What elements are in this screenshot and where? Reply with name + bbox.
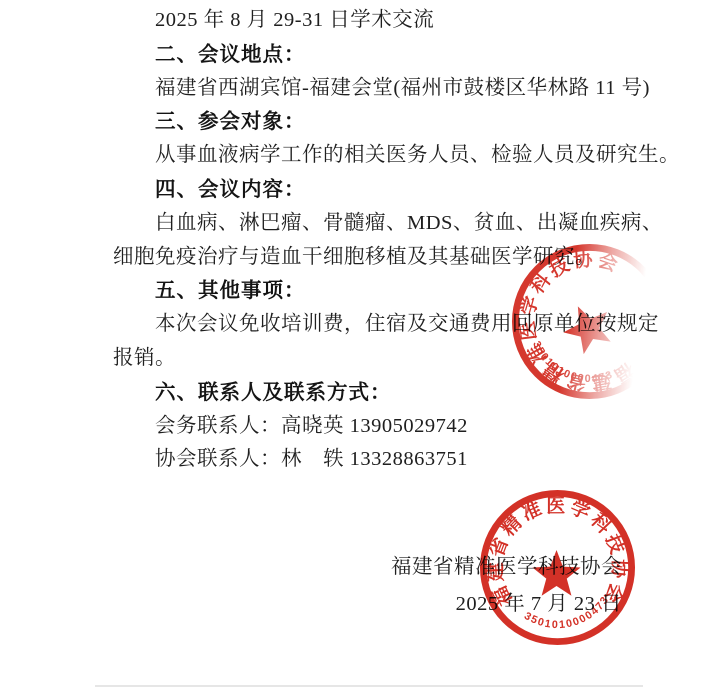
section-heading-contacts: 六、联系人及联系方式： [113,376,693,410]
page-bottom-line [95,685,643,687]
signature-block: 福建省精准医学科技协会 2025 年 7 月 23 日 [391,549,622,623]
document-body: 2025 年 8 月 29-31 日学术交流 二、会议地点： 福建省西湖宾馆-福… [113,4,693,477]
doc-line-contact-2: 协会联系人：林 轶 13328863751 [113,443,693,477]
document-page: 2025 年 8 月 29-31 日学术交流 二、会议地点： 福建省西湖宾馆-福… [0,0,712,691]
doc-line-contact-1: 会务联系人：高晓英 13905029742 [113,410,693,444]
doc-line-other-2: 报销。 [113,342,693,376]
doc-line-venue: 福建省西湖宾馆-福建会堂(福州市鼓楼区华林路 11 号) [113,72,693,106]
doc-line-date-activity: 2025 年 8 月 29-31 日学术交流 [113,4,693,38]
signature-date: 2025 年 7 月 23 日 [391,586,622,623]
section-heading-content: 四、会议内容： [113,173,693,207]
section-heading-other: 五、其他事项： [113,274,693,308]
doc-line-content-2: 细胞免疫治疗与造血干细胞移植及其基础医学研究。 [113,241,693,275]
section-heading-attendees: 三、参会对象： [113,105,693,139]
doc-line-content-1: 白血病、淋巴瘤、骨髓瘤、MDS、贫血、出凝血疾病、 [113,207,693,241]
section-heading-venue: 二、会议地点： [113,38,693,72]
doc-line-attendees: 从事血液病学工作的相关医务人员、检验人员及研究生。 [113,139,693,173]
doc-line-other-1: 本次会议免收培训费，住宿及交通费用回原单位按规定 [113,308,693,342]
signature-org-name: 福建省精准医学科技协会 [391,549,622,586]
